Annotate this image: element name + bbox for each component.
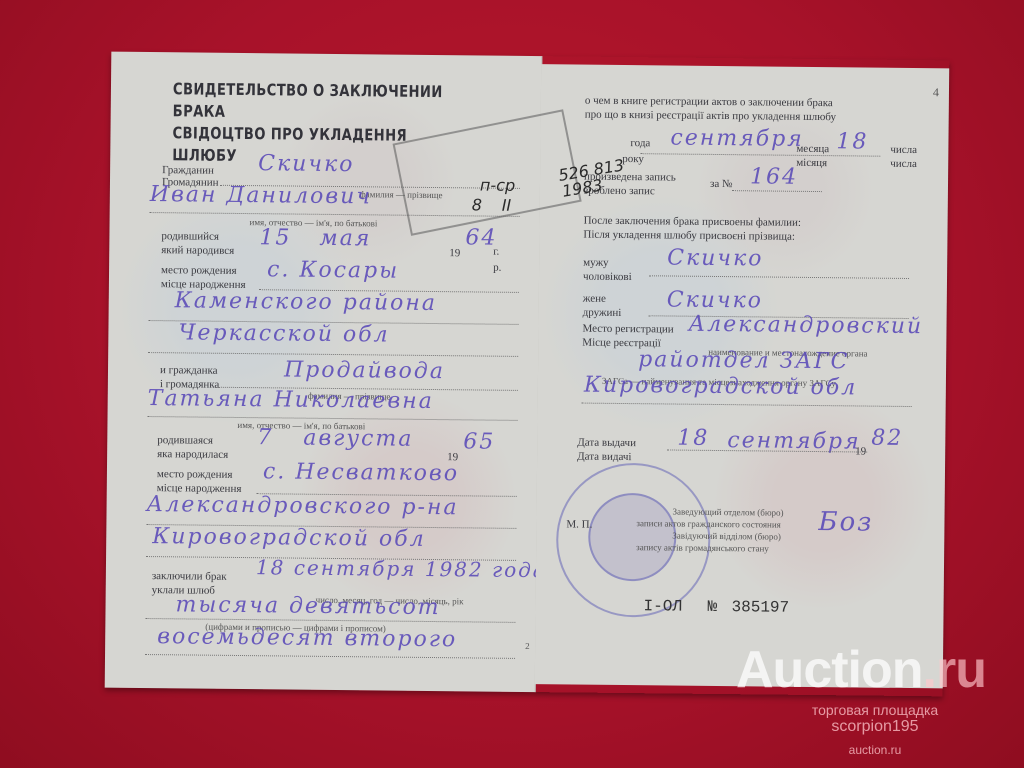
record-month: сентября	[670, 125, 804, 151]
wife-birthplace-1: с. Несватково	[263, 459, 459, 486]
wife-surname: Продайвода	[284, 357, 445, 384]
head-caption-ru-2: записи актов гражданского состояния	[636, 517, 781, 531]
wife-label-ua: дружині	[583, 307, 622, 319]
head-caption-ua-2: запису актів громадянського стану	[636, 541, 769, 554]
registry-line-1: Александровский	[688, 312, 923, 339]
watermark-brand: Auction	[736, 641, 923, 699]
wife-birthplace-3: Кировоградской обл	[152, 524, 426, 552]
seal-emblem	[588, 493, 677, 582]
wife-birth-day: 7	[257, 425, 273, 450]
corner-mark: 4	[933, 86, 939, 98]
watermark-logo: Auction.ru	[736, 640, 986, 700]
birthplace-label-ru: место рождения	[161, 264, 237, 277]
issue-label-ru: Дата выдачи	[577, 437, 636, 450]
day-label-ru: числа	[890, 144, 917, 156]
month-label-ru: месяца	[796, 143, 829, 155]
citizen-label-ru: Гражданин	[162, 164, 214, 177]
number-label: №	[707, 598, 717, 616]
year-label-ua: року	[622, 153, 644, 165]
year-prefix: 19	[449, 247, 460, 259]
entry-no-label: за №	[710, 178, 733, 190]
wife-birth-month: августа	[303, 426, 413, 452]
wife-birth-year: 65	[463, 429, 495, 454]
husband-new-surname: Скичко	[667, 245, 763, 271]
husband-label-ua: чоловікові	[583, 271, 632, 284]
record-text-ru: о чем в книге регистрации актов о заключ…	[585, 95, 833, 110]
married-label-ru: заключили брак	[152, 570, 227, 583]
issue-year: 82	[871, 426, 903, 451]
issue-label-ua: Дата видачі	[577, 451, 632, 464]
year-suffix-ua: р.	[493, 262, 501, 274]
year-label-ru: года	[630, 137, 650, 149]
wife-name-patronymic: Татьяна Николаевна	[148, 386, 434, 414]
record-text-ua: про що в книзі реєстрації актів про укла…	[585, 109, 836, 124]
issue-day: 18	[677, 426, 709, 451]
marriage-certificate: СВИДЕТЕЛЬСТВО О ЗАКЛЮЧЕНИИ БРАКА СВІДОЦТ…	[105, 52, 950, 697]
pen-note-1: п-ср	[480, 175, 515, 194]
surnames-assigned-ua: Після укладення шлюбу присвоєні прізвища…	[583, 229, 795, 243]
wife-label-ru: жене	[583, 293, 606, 305]
seal-label: М. П.	[566, 518, 592, 530]
birthplace-label-ru-2: место рождения	[157, 468, 233, 481]
husband-birthplace-1: с. Косары	[267, 257, 399, 283]
husband-birthplace-2: Каменского района	[175, 288, 437, 316]
born-f-label-ua: яка народилася	[157, 448, 228, 461]
born-f-label-ru: родившаяся	[157, 434, 213, 447]
pen-note-2: 8	[472, 195, 482, 214]
husband-label-ru: мужу	[583, 257, 609, 269]
wife-new-surname: Скичко	[667, 287, 763, 313]
pen-note-3: II	[502, 196, 512, 215]
certificate-number: 385197	[731, 598, 789, 617]
title-russian: СВИДЕТЕЛЬСТВО О ЗАКЛЮЧЕНИИ БРАКА	[173, 78, 475, 125]
head-caption-ua-1: Завідуючий відділом (бюро)	[672, 530, 781, 543]
month-label-ua: місяця	[796, 157, 827, 169]
certificate-series: I-ОЛ	[643, 597, 682, 615]
marriage-words-1: тысяча девятьсот	[175, 592, 440, 620]
citizeness-label-ru: и гражданка	[160, 364, 218, 377]
husband-name-patronymic: Иван Данилович	[150, 182, 372, 209]
page-number: 2	[525, 640, 530, 652]
born-label-ru: родившийся	[161, 230, 219, 243]
entry-number: 164	[750, 164, 798, 190]
marriage-date: 18 сентября 1982 года	[256, 555, 547, 582]
certificate-right-page: 4 о чем в книге регистрации актов о закл…	[535, 64, 949, 688]
watermark-subtitle: торговая площадка	[790, 702, 960, 718]
year-suffix: г.	[493, 246, 499, 258]
watermark-site: auction.ru	[790, 743, 960, 757]
born-label-ua: який народився	[161, 244, 234, 257]
registry-label-ru: Место регистрации	[582, 323, 673, 336]
marriage-words-2: восемьдесят второго	[157, 624, 457, 652]
husband-birth-day: 15	[259, 225, 291, 250]
watermark-seller: scorpion195	[790, 718, 960, 736]
registrar-signature: Боз	[818, 507, 873, 538]
husband-surname: Скичко	[258, 151, 354, 177]
day-label-ua: числа	[890, 158, 917, 170]
registry-line-2: райотдел ЗАГС	[638, 347, 849, 374]
husband-birthplace-3: Черкасской обл	[178, 320, 389, 347]
husband-birth-month: мая	[319, 226, 371, 252]
watermark-tld: .ru	[923, 641, 986, 699]
registry-line-3: Кировоградской обл	[584, 373, 858, 401]
surnames-assigned-ru: После заключения брака присвоены фамилии…	[584, 215, 801, 229]
record-day: 18	[836, 129, 868, 154]
wife-birthplace-2: Александровского р-на	[146, 492, 458, 520]
